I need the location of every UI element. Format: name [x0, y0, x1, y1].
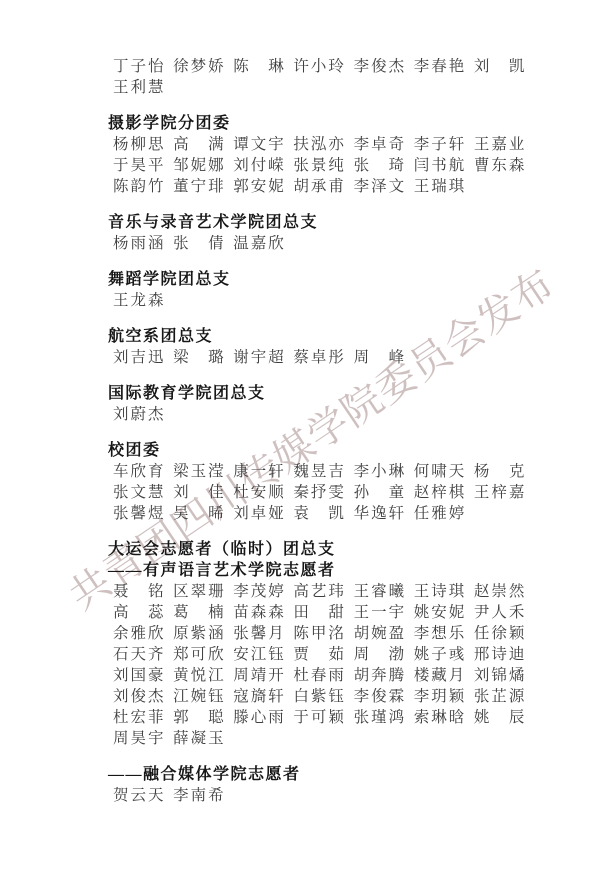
member-name: 高艺玮 [293, 581, 353, 602]
member-name: 李玥颖 [414, 686, 474, 707]
member-name: 王利慧 [113, 77, 173, 98]
document-content: 丁子怡徐梦娇陈 琳许小玲李俊杰李春艳刘 凯王利慧摄影学院分团委杨柳思高 满谭文宇… [108, 56, 534, 806]
member-name: 李茂婷 [233, 581, 293, 602]
member-name: 余雅欣 [113, 623, 173, 644]
section-heading: 航空系团总支 [108, 326, 534, 347]
member-name: 江婉钰 [173, 686, 233, 707]
member-name: 李俊霖 [354, 686, 414, 707]
member-name: 陈甲洺 [293, 623, 353, 644]
name-row: 石天齐郑可欣安江钰贾 茹周 渤姚子彧邢诗迪 [108, 644, 534, 665]
member-name: 扶泓亦 [293, 134, 353, 155]
member-name: 谢宇超 [233, 347, 293, 368]
member-name: 安江钰 [233, 644, 293, 665]
member-name: 滕心雨 [233, 707, 293, 728]
member-name: 贺云天 [113, 785, 173, 806]
member-name: 葛 楠 [173, 602, 233, 623]
section-heading: 国际教育学院团总支 [108, 383, 534, 404]
member-name: 张景纯 [293, 155, 353, 176]
document-page: 共青团四川传媒学院委员会发布 丁子怡徐梦娇陈 琳许小玲李俊杰李春艳刘 凯王利慧摄… [0, 0, 614, 869]
member-name: 刘吉迅 [113, 347, 173, 368]
member-name: 于可颖 [293, 707, 353, 728]
member-name: 何啸天 [414, 461, 474, 482]
member-name: 张瑾鸿 [354, 707, 414, 728]
member-name: 白紫钰 [293, 686, 353, 707]
name-row: 陈韵竹董宁琲郭安妮胡承甫李泽文王瑞琪 [108, 176, 534, 197]
member-name: 王诗琪 [414, 581, 474, 602]
member-name: 闫书航 [414, 155, 474, 176]
name-row: 刘吉迅梁 璐谢宇超蔡卓彤周 峰 [108, 347, 534, 368]
member-name: 任徐颖 [474, 623, 534, 644]
member-name: 索琳晗 [414, 707, 474, 728]
name-row: 贺云天李南希 [108, 785, 534, 806]
name-row: 王利慧 [108, 77, 534, 98]
member-name: 王龙森 [113, 290, 173, 311]
member-name: 薛凝玉 [173, 728, 233, 749]
member-name: 谭文宇 [233, 134, 293, 155]
member-name: 张芷源 [474, 686, 534, 707]
member-name: 于昊平 [113, 155, 173, 176]
member-name: 杜安顺 [233, 482, 293, 503]
member-name: 刘俊杰 [113, 686, 173, 707]
member-name: 胡婉盈 [354, 623, 414, 644]
section-heading: 舞蹈学院团总支 [108, 269, 534, 290]
member-name: 张馨月 [233, 623, 293, 644]
member-name: 李想乐 [414, 623, 474, 644]
member-name: 姚 辰 [474, 707, 534, 728]
section: ——融合媒体学院志愿者贺云天李南希 [108, 764, 534, 806]
section-heading: 摄影学院分团委 [108, 113, 534, 134]
member-name: 郭安妮 [233, 176, 293, 197]
section: 国际教育学院团总支刘蔚杰 [108, 383, 534, 425]
member-name: 姚子彧 [414, 644, 474, 665]
member-name: 邢诗迪 [474, 644, 534, 665]
member-name: 李南希 [173, 785, 233, 806]
member-name: 胡承甫 [293, 176, 353, 197]
member-name: 李卓奇 [354, 134, 414, 155]
name-row: 张馨煜吴 晞刘卓娅袁 凯华逸轩任雅婷 [108, 503, 534, 524]
member-name: 姚安妮 [414, 602, 474, 623]
member-name: 杨 克 [474, 461, 534, 482]
member-name: 车欣育 [113, 461, 173, 482]
section: 大运会志愿者（临时）团总支——有声语言艺术学院志愿者聂 铭区翠珊李茂婷高艺玮王睿… [108, 539, 534, 749]
section: 舞蹈学院团总支王龙森 [108, 269, 534, 311]
member-name: 郭 聪 [173, 707, 233, 728]
member-name: 王嘉业 [474, 134, 534, 155]
member-name: 石天齐 [113, 644, 173, 665]
member-name: 王一宇 [354, 602, 414, 623]
member-name: 康一轩 [233, 461, 293, 482]
name-row: 刘俊杰江婉钰寇旖轩白紫钰李俊霖李玥颖张芷源 [108, 686, 534, 707]
member-name: 贾 茹 [293, 644, 353, 665]
member-name: 赵梓棋 [414, 482, 474, 503]
section: 航空系团总支刘吉迅梁 璐谢宇超蔡卓彤周 峰 [108, 326, 534, 368]
member-name: 刘国豪 [113, 665, 173, 686]
member-name: 刘 凯 [474, 56, 534, 77]
member-name: 董宁琲 [173, 176, 233, 197]
name-row: 杜宏菲郭 聪滕心雨于可颖张瑾鸿索琳晗姚 辰 [108, 707, 534, 728]
member-name: 尹人禾 [474, 602, 534, 623]
member-name: 孙 童 [354, 482, 414, 503]
member-name: 高 蕊 [113, 602, 173, 623]
name-row: 王龙森 [108, 290, 534, 311]
member-name: 郑可欣 [173, 644, 233, 665]
member-name: 吴 晞 [173, 503, 233, 524]
member-name: 张文慧 [113, 482, 173, 503]
member-name: 周靖开 [233, 665, 293, 686]
name-row: 余雅欣原紫涵张馨月陈甲洺胡婉盈李想乐任徐颖 [108, 623, 534, 644]
member-name: 王瑞琪 [414, 176, 474, 197]
member-name: 赵崇然 [474, 581, 534, 602]
name-row: 杨柳思高 满谭文宇扶泓亦李卓奇李子轩王嘉业 [108, 134, 534, 155]
member-name: 曹东森 [474, 155, 534, 176]
member-name: 李俊杰 [354, 56, 414, 77]
member-name: 梁玉滢 [173, 461, 233, 482]
member-name: 周昊宇 [113, 728, 173, 749]
member-name: 刘蔚杰 [113, 404, 173, 425]
member-name: 华逸轩 [354, 503, 414, 524]
section-heading: 校团委 [108, 440, 534, 461]
name-row: 高 蕊葛 楠苗森森田 甜王一宇姚安妮尹人禾 [108, 602, 534, 623]
member-name: 陈 琳 [233, 56, 293, 77]
member-name: 田 甜 [293, 602, 353, 623]
name-row: 张文慧刘 佳杜安顺秦抒雯孙 童赵梓棋王梓嘉 [108, 482, 534, 503]
section: 校团委车欣育梁玉滢康一轩魏昱吉李小琳何啸天杨 克张文慧刘 佳杜安顺秦抒雯孙 童赵… [108, 440, 534, 524]
member-name: 徐梦娇 [173, 56, 233, 77]
member-name: 袁 凯 [293, 503, 353, 524]
member-name: 李泽文 [354, 176, 414, 197]
member-name: 杨雨涵 [113, 233, 173, 254]
member-name: 聂 铭 [113, 581, 173, 602]
section: 丁子怡徐梦娇陈 琳许小玲李俊杰李春艳刘 凯王利慧 [108, 56, 534, 98]
member-name: 杜宏菲 [113, 707, 173, 728]
section-heading: 音乐与录音艺术学院团总支 [108, 212, 534, 233]
member-name: 王梓嘉 [474, 482, 534, 503]
member-name: 陈韵竹 [113, 176, 173, 197]
member-name: 周 峰 [354, 347, 414, 368]
name-row: 刘国豪黄悦江周靖开杜春雨胡奔腾楼藏月刘锦燏 [108, 665, 534, 686]
section-heading: ——有声语言艺术学院志愿者 [108, 560, 534, 581]
name-row: 周昊宇薛凝玉 [108, 728, 534, 749]
member-name: 温嘉欣 [233, 233, 293, 254]
name-row: 杨雨涵张 倩温嘉欣 [108, 233, 534, 254]
section-heading: 大运会志愿者（临时）团总支 [108, 539, 534, 560]
member-name: 杨柳思 [113, 134, 173, 155]
section-heading: ——融合媒体学院志愿者 [108, 764, 534, 785]
member-name: 张 琦 [354, 155, 414, 176]
member-name: 楼藏月 [414, 665, 474, 686]
member-name: 张馨煜 [113, 503, 173, 524]
member-name: 梁 璐 [173, 347, 233, 368]
section: 摄影学院分团委杨柳思高 满谭文宇扶泓亦李卓奇李子轩王嘉业于昊平邹妮娜刘付嵘张景纯… [108, 113, 534, 197]
member-name: 李子轩 [414, 134, 474, 155]
member-name: 刘锦燏 [474, 665, 534, 686]
name-row: 聂 铭区翠珊李茂婷高艺玮王睿曦王诗琪赵崇然 [108, 581, 534, 602]
member-name: 任雅婷 [414, 503, 474, 524]
member-name: 区翠珊 [173, 581, 233, 602]
member-name: 高 满 [173, 134, 233, 155]
member-name: 寇旖轩 [233, 686, 293, 707]
member-name: 张 倩 [173, 233, 233, 254]
name-row: 刘蔚杰 [108, 404, 534, 425]
member-name: 刘 佳 [173, 482, 233, 503]
member-name: 苗森森 [233, 602, 293, 623]
member-name: 邹妮娜 [173, 155, 233, 176]
member-name: 周 渤 [354, 644, 414, 665]
member-name: 刘卓娅 [233, 503, 293, 524]
member-name: 刘付嵘 [233, 155, 293, 176]
name-row: 车欣育梁玉滢康一轩魏昱吉李小琳何啸天杨 克 [108, 461, 534, 482]
member-name: 王睿曦 [354, 581, 414, 602]
member-name: 蔡卓彤 [293, 347, 353, 368]
member-name: 黄悦江 [173, 665, 233, 686]
member-name: 李小琳 [354, 461, 414, 482]
name-row: 丁子怡徐梦娇陈 琳许小玲李俊杰李春艳刘 凯 [108, 56, 534, 77]
member-name: 原紫涵 [173, 623, 233, 644]
member-name: 魏昱吉 [293, 461, 353, 482]
section: 音乐与录音艺术学院团总支杨雨涵张 倩温嘉欣 [108, 212, 534, 254]
member-name: 杜春雨 [293, 665, 353, 686]
name-row: 于昊平邹妮娜刘付嵘张景纯张 琦闫书航曹东森 [108, 155, 534, 176]
member-name: 胡奔腾 [354, 665, 414, 686]
member-name: 许小玲 [293, 56, 353, 77]
member-name: 李春艳 [414, 56, 474, 77]
member-name: 丁子怡 [113, 56, 173, 77]
member-name: 秦抒雯 [293, 482, 353, 503]
